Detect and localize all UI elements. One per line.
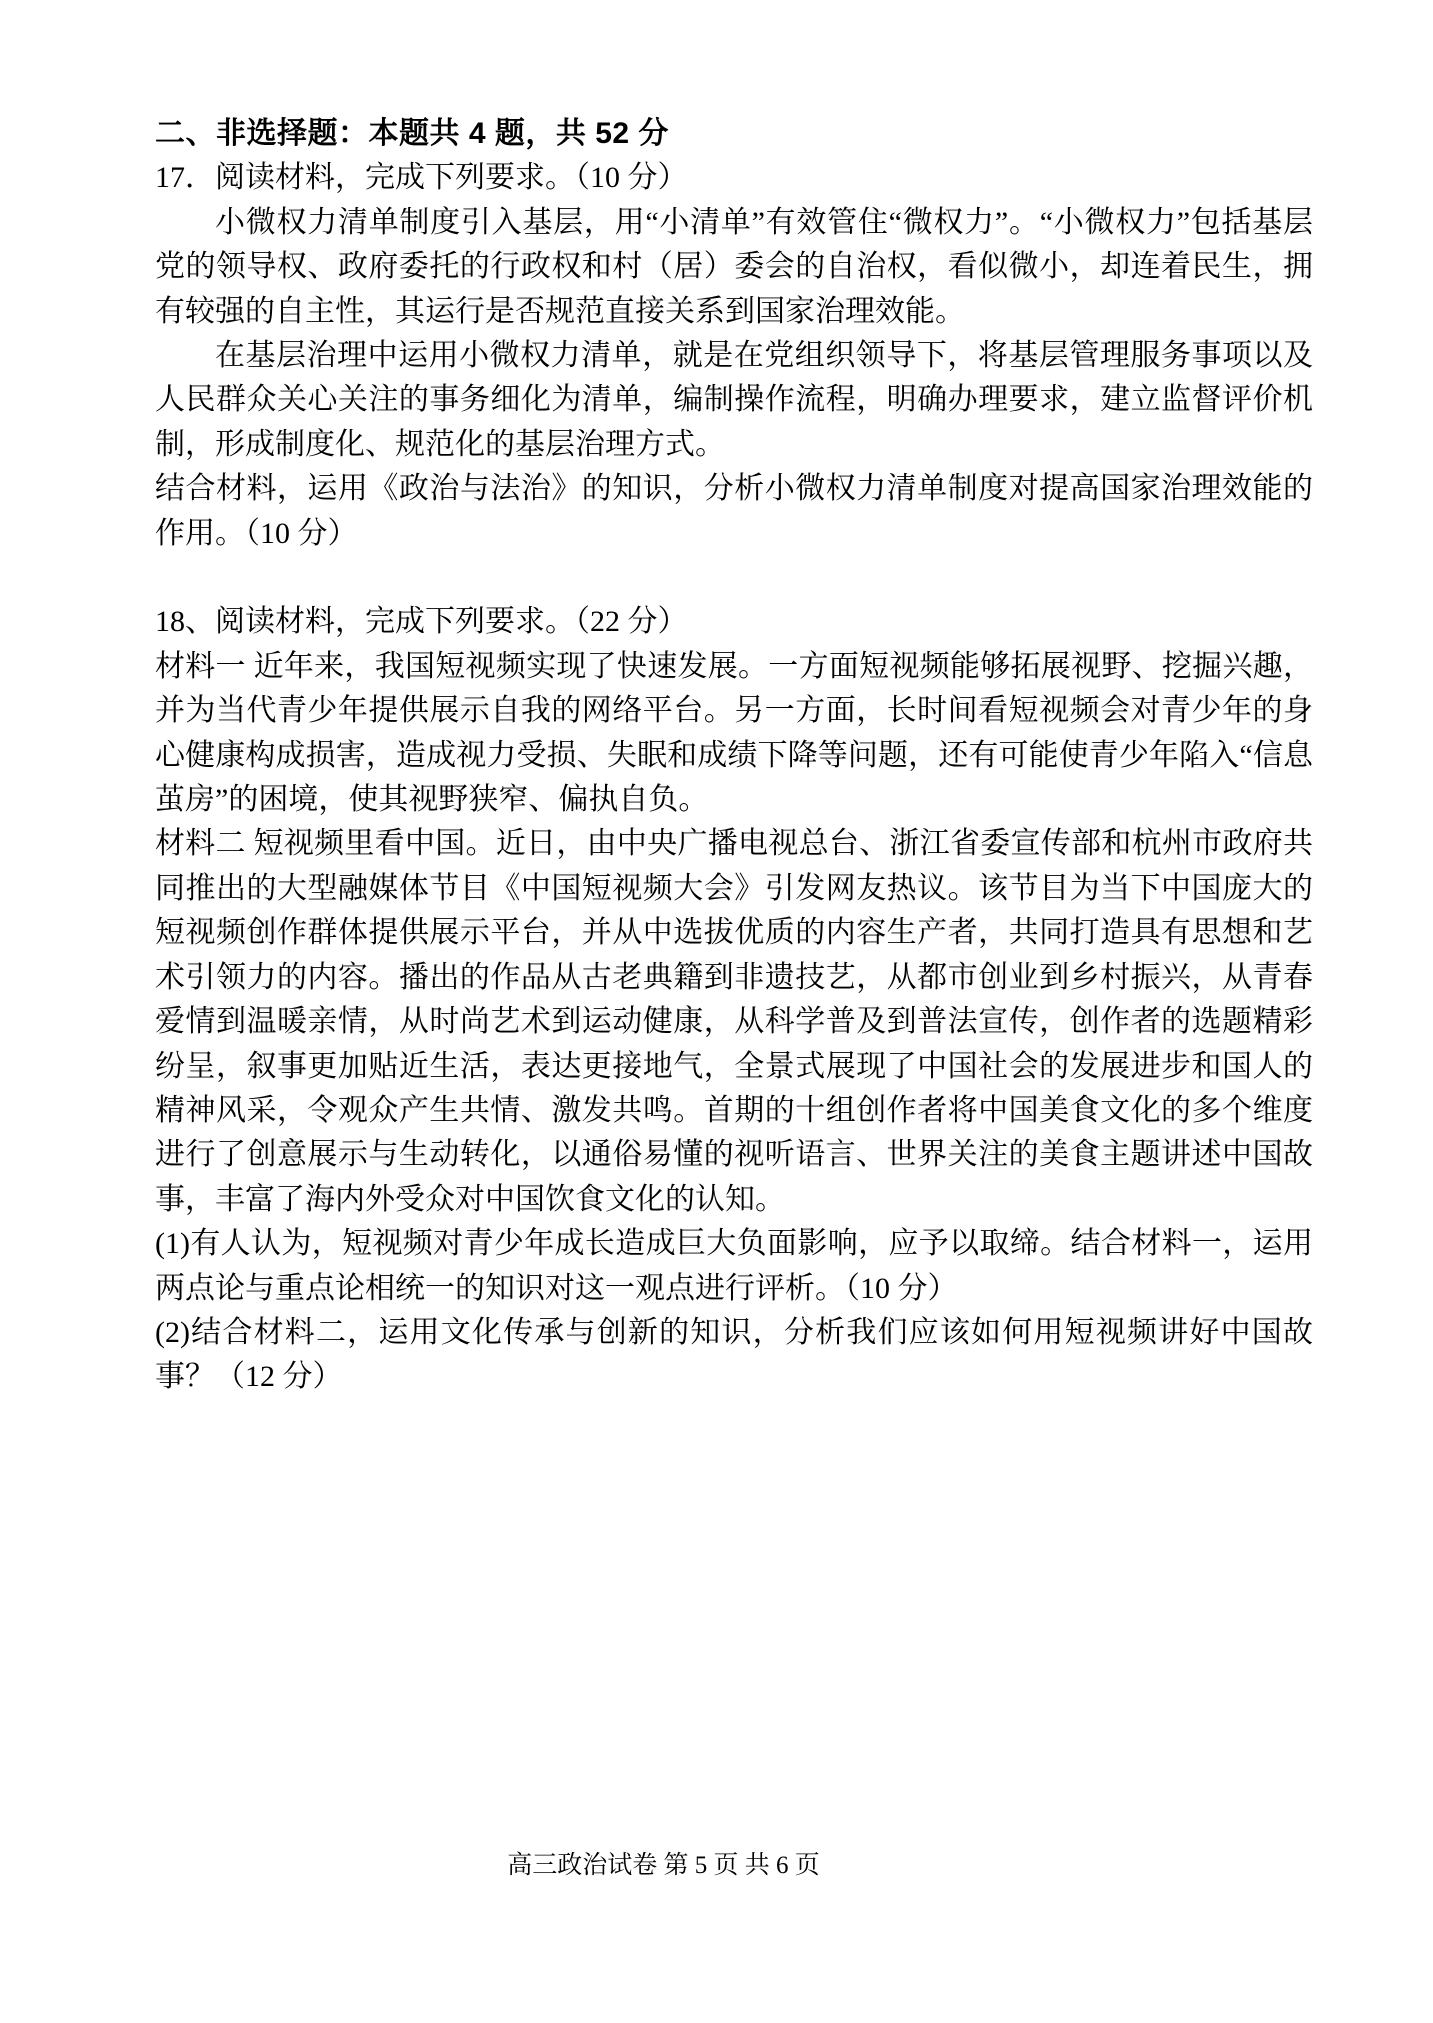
q18-intro: 18、阅读材料，完成下列要求。（22 分） bbox=[155, 600, 1313, 644]
q18-material-1: 材料一 近年来，我国短视频实现了快速发展。一方面短视频能够拓展视野、挖掘兴趣，并… bbox=[155, 645, 1313, 823]
q17-material-paragraph-1: 小微权力清单制度引入基层，用“小清单”有效管住“微权力”。“小微权力”包括基层党… bbox=[155, 201, 1313, 334]
section-title: 二、非选择题：本题共 4 题，共 52 分 bbox=[155, 112, 1313, 156]
q18-sub-question-1: (1)有人认为，短视频对青少年成长造成巨大负面影响，应予以取缔。结合材料一，运用… bbox=[155, 1222, 1313, 1311]
page-footer: 高三政治试卷 第 5 页 共 6 页 bbox=[0, 1850, 1380, 1882]
q17-material-paragraph-2: 在基层治理中运用小微权力清单，就是在党组织领导下，将基层管理服务事项以及人民群众… bbox=[155, 334, 1313, 467]
q18-material-2: 材料二 短视频里看中国。近日，由中央广播电视总台、浙江省委宣传部和杭州市政府共同… bbox=[155, 822, 1313, 1222]
exam-page: 二、非选择题：本题共 4 题，共 52 分 17．阅读材料，完成下列要求。（10… bbox=[0, 0, 1433, 2023]
q17-task: 结合材料，运用《政治与法治》的知识，分析小微权力清单制度对提高国家治理效能的作用… bbox=[155, 467, 1313, 556]
exam-content: 二、非选择题：本题共 4 题，共 52 分 17．阅读材料，完成下列要求。（10… bbox=[155, 112, 1313, 1400]
q18-sub-question-2: (2)结合材料二，运用文化传承与创新的知识，分析我们应该如何用短视频讲好中国故事… bbox=[155, 1311, 1313, 1400]
q17-intro: 17．阅读材料，完成下列要求。（10 分） bbox=[155, 156, 1313, 200]
